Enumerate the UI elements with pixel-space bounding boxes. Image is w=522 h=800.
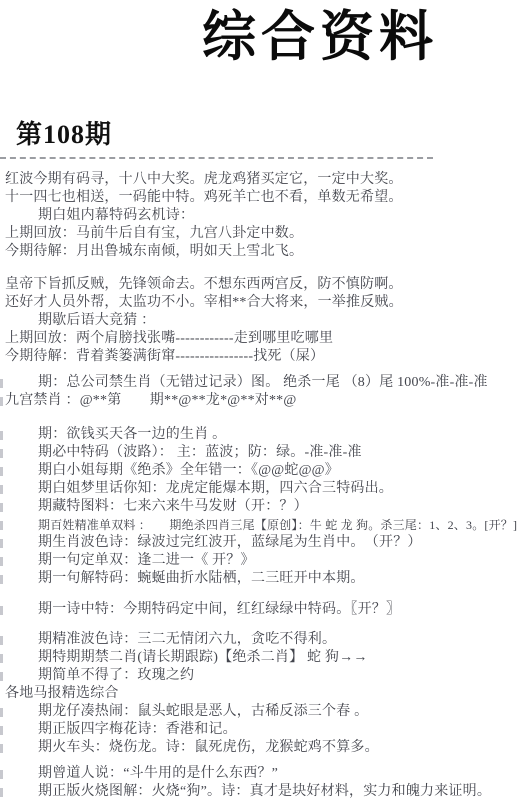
content-line: 九宫禁肖 ：@**第 期**@**龙*@**对**@	[0, 392, 522, 410]
content-line: 期龙仔凑热闹：鼠头蛇眼是恶人，古稀反添三个春 。	[0, 703, 522, 721]
content-line: 期白姐梦里话你知：龙虎定能爆本期，四六合三特码出。	[0, 480, 522, 498]
content-line: 期特期期禁二肖(请长期跟踪)【绝杀二肖】 蛇 狗→→	[0, 649, 522, 667]
content-line: 期简单不得了：玫瑰之约	[0, 667, 522, 685]
content-line: 皇帝下旨抓反贼，先锋领命去。不想东西两宫反，防不慎防啊。	[0, 276, 522, 294]
content-line: 红波今期有码寻，十八中大奖。虎龙鸡猪买定它，一定中大奖。	[0, 171, 522, 189]
dashed-divider	[0, 157, 433, 159]
content-line: 今期待解：月出鲁城东南倾，明如天上雪北飞。	[0, 243, 522, 261]
content-line: 今期待解：背着粪篓满街窜----------------找死（屎）	[0, 348, 522, 366]
content-line: 期必中特码（波路）： 主：蓝波；防：绿。-准-准-准	[0, 444, 522, 462]
content-line: 期白小姐每期《绝杀》全年错一：《@@蛇@@》	[0, 462, 522, 480]
content-line: 期曾道人说：“斗牛用的是什么东西？”	[0, 765, 522, 783]
content-area: 红波今期有码寻，十八中大奖。虎龙鸡猪买定它，一定中大奖。十一四七也相送，一码能中…	[0, 171, 522, 800]
content-line: 各地马报精选综合	[0, 685, 522, 703]
content-line: 上期回放：马前牛后自有宝，九宫八卦定中数。	[0, 225, 522, 243]
content-line: 期正版四字梅花诗：香港和记。	[0, 721, 522, 739]
content-line: 期生肖波色诗：绿波过完红波开，蓝绿尾为生肖中。 （开？）	[0, 534, 522, 552]
content-line: 十一四七也相送，一码能中特。鸡死羊亡也不看，单数无希望。	[0, 189, 522, 207]
content-line: 期歇后语大竞猜 ：	[0, 312, 522, 330]
content-line: 期一句定单双：逢二进一《 开？》	[0, 552, 522, 570]
content-line: 期百姓精准单双料 ： 期绝杀四肖三尾【原创】：牛 蛇 龙 狗。杀三尾：1、2、3…	[0, 516, 522, 534]
page-title: 综合资料	[202, 6, 522, 68]
content-line: 上期回放：两个肩膀找张嘴------------走到哪里吃哪里	[0, 330, 522, 348]
content-line: 期一诗中特：今期特码定中间，红红绿绿中特码。〖开？〗	[0, 601, 522, 619]
issue-heading: 第108期	[16, 114, 522, 151]
document-page: 综合资料 第108期 红波今期有码寻，十八中大奖。虎龙鸡猪买定它，一定中大奖。十…	[0, 0, 522, 800]
content-line: 期一句解特码：蜿蜒曲折水陆栖，二三旺开中本期。	[0, 570, 522, 588]
content-line: 期：欲钱买天各一边的生肖 。	[0, 426, 522, 444]
content-line: 期藏特图料：七来六来牛马发财（开：？）	[0, 498, 522, 516]
content-line: 期精准波色诗：三二无情闭六九，贪吃不得利。	[0, 631, 522, 649]
content-line: 期正版火烧图解：火烧“狗”。诗：真才是块好材料，实力和魄力来证明。	[0, 783, 522, 800]
content-line: 还好才人员外帮，太监功不小。宰相**合大将来，一举推反贼。	[0, 294, 522, 312]
content-line: 期：总公司禁生肖（无错过记录）图。 绝杀一尾 （8）尾 100%-准-准-准	[0, 374, 522, 392]
content-line: 期白姐内幕特码玄机诗：	[0, 207, 522, 225]
content-line: 期火车头：烧伤龙。诗：鼠死虎伤，龙猴蛇鸡不算多。	[0, 739, 522, 757]
